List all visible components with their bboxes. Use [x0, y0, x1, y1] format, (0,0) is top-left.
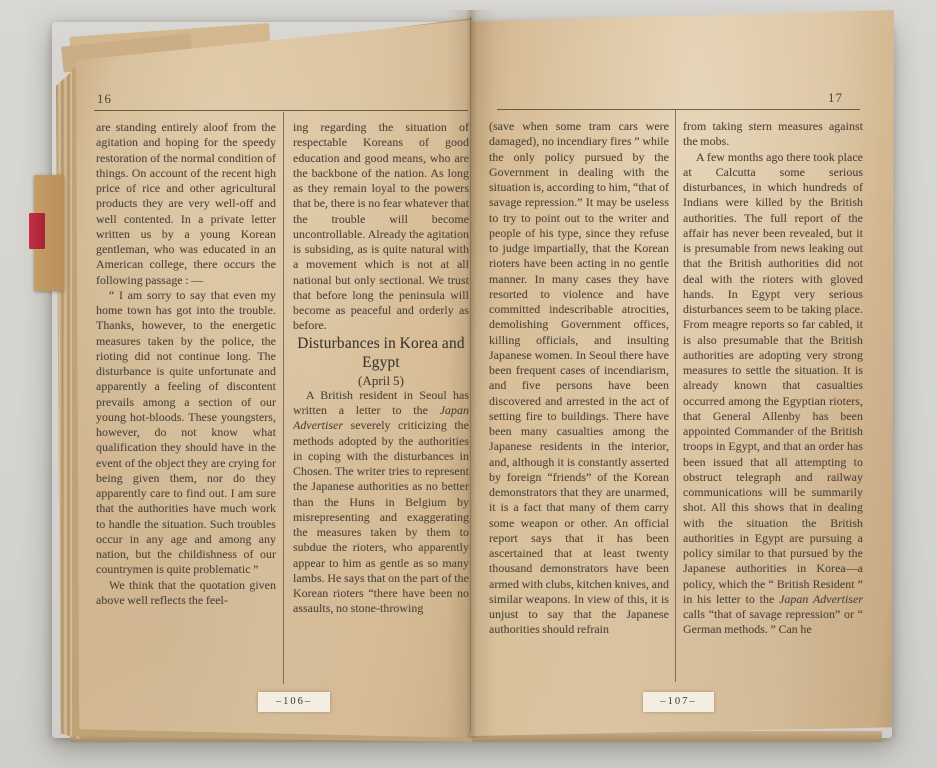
red-bookmark-tab — [29, 213, 45, 249]
quoted-letter-paragraph: “ I am sorry to say that even my home to… — [96, 288, 276, 578]
right-page-column-rule — [675, 110, 676, 682]
page-number-17: 17 — [828, 90, 843, 106]
body-paragraph: from taking stern measures against the m… — [683, 119, 863, 150]
right-page-column-1: (save when some tram cars were damaged),… — [489, 119, 669, 691]
article-date: (April 5) — [293, 373, 469, 388]
book-gutter-fold-line — [470, 16, 471, 732]
book-spread-photo: 16 17 are standing entirely aloof from t… — [0, 0, 937, 768]
body-paragraph: ing regarding the situation of respectab… — [293, 120, 469, 334]
right-page-head-rule — [497, 109, 860, 110]
body-paragraph: A few months ago there took place at Cal… — [683, 150, 863, 638]
folio-slip-107: –107– — [643, 692, 714, 712]
body-paragraph: We think that the quotation given above … — [96, 578, 276, 609]
left-page-column-1: are standing entirely aloof from the agi… — [96, 120, 276, 690]
left-page-column-2: ing regarding the situation of respectab… — [293, 120, 469, 692]
folio-slip-106: –106– — [258, 692, 330, 712]
publication-name-italic: Japan Advertiser — [779, 592, 863, 606]
left-page-column-rule — [283, 112, 284, 684]
article-paragraph: A British resident in Seoul has written … — [293, 388, 469, 617]
left-page-head-rule — [94, 110, 468, 111]
right-page-column-2: from taking stern measures against the m… — [683, 119, 863, 691]
body-paragraph: (save when some tram cars were damaged),… — [489, 119, 669, 638]
page-number-16: 16 — [97, 91, 112, 107]
text-run: severely criticizing the methods adopted… — [293, 418, 469, 615]
text-run: calls “that of savage repression” or “ G… — [683, 607, 863, 636]
article-title: Disturbances in Korea and Egypt — [293, 334, 469, 373]
text-run: A few months ago there took place at Cal… — [683, 150, 863, 606]
body-paragraph: are standing entirely aloof from the agi… — [96, 120, 276, 288]
